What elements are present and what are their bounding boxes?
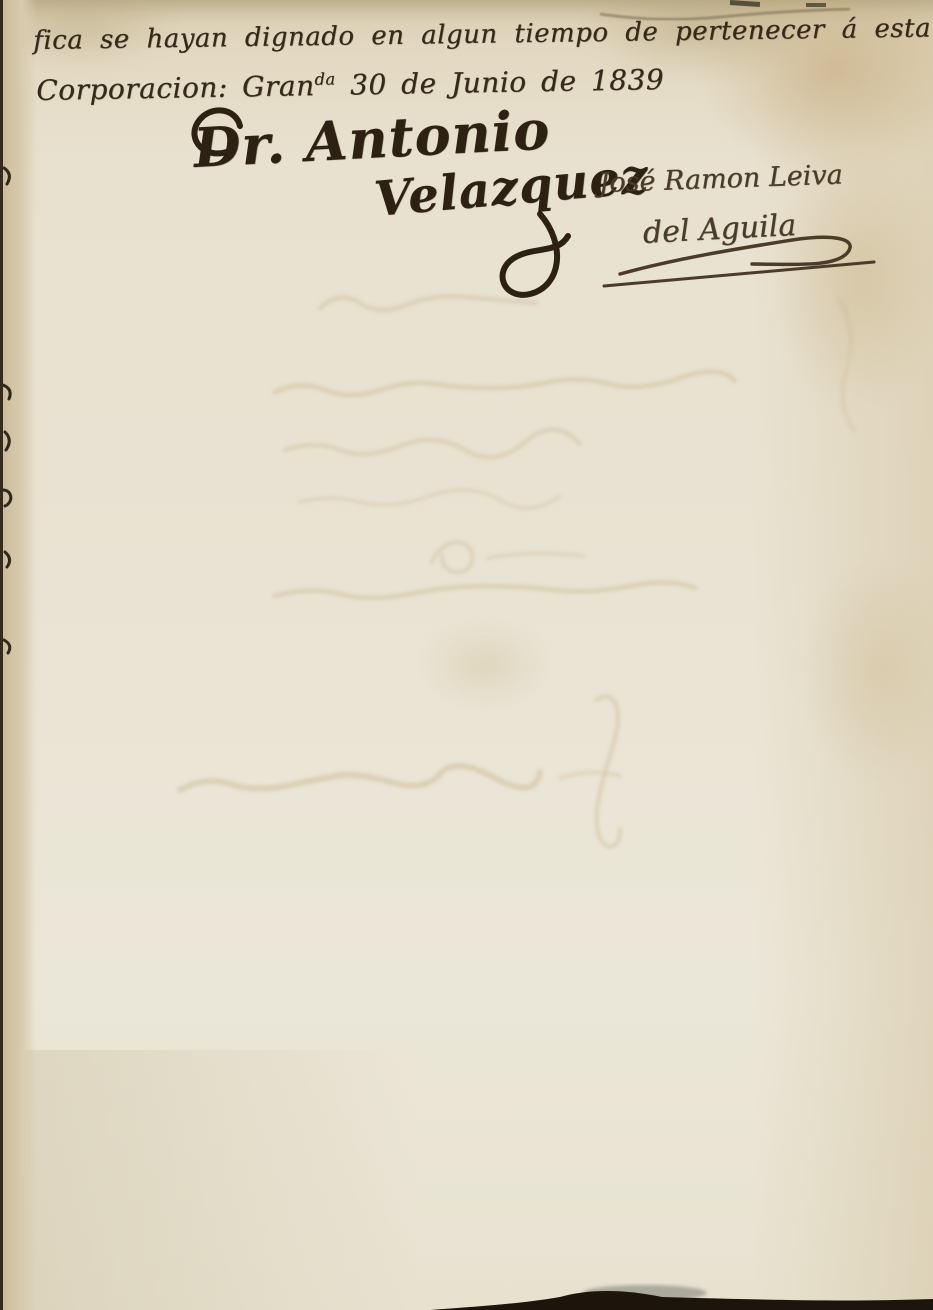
manuscript-page: fica se hayan dignado en algun tiempo de… xyxy=(0,0,933,1310)
paper-shading-bottom-left xyxy=(0,1050,420,1310)
handwritten-line-2-text: Corporacion: Gran xyxy=(36,69,315,107)
handwritten-line-2: Corporacion: Granda 30 de Junio de 1839 xyxy=(36,63,664,107)
handwritten-date: 30 de Junio de 1839 xyxy=(335,63,664,102)
paper-stain xyxy=(803,560,933,780)
superscript-abbreviation: da xyxy=(314,69,335,88)
signature-primary-rubric-loop xyxy=(503,214,568,295)
bottom-scan-edge xyxy=(430,1285,933,1310)
paper-shading-right xyxy=(753,0,933,1310)
paper-stain xyxy=(420,620,550,710)
signature-secondary-underline xyxy=(604,262,874,286)
handwritten-line-1: fica se hayan dignado en algun tiempo de… xyxy=(33,13,931,56)
signature-secondary-surname: del Aguila xyxy=(642,208,797,251)
binding-gutter-shadow xyxy=(3,0,37,1310)
